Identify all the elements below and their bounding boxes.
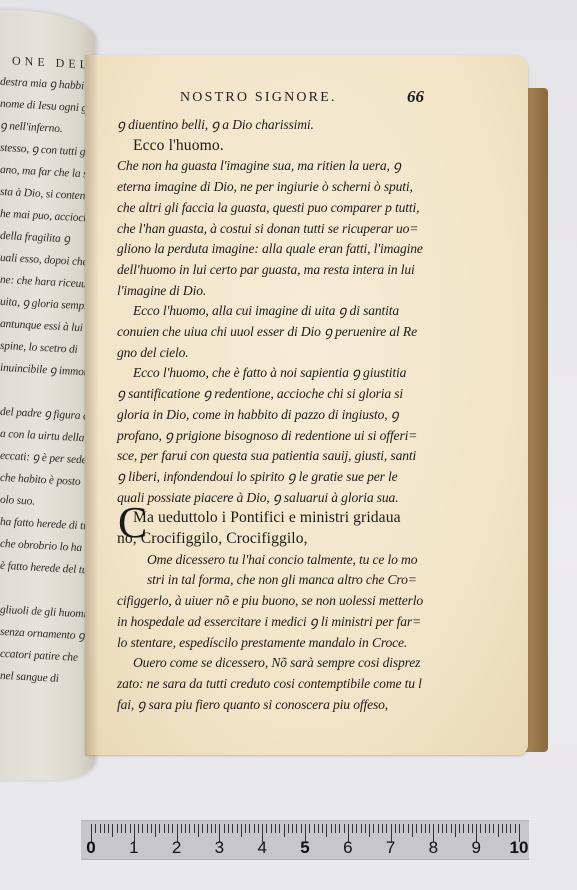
- ruler-tick: [292, 824, 293, 833]
- ruler-tick: [510, 824, 511, 833]
- drop-cap-initial: C: [118, 503, 147, 543]
- ruler-tick: [356, 824, 357, 833]
- ruler-label: 6: [343, 838, 352, 858]
- text-line: Ecco l'huomo, che è fatto à noi sapienti…: [117, 363, 442, 384]
- text-line: l'imagine di Dio.: [117, 281, 442, 302]
- ruler-tick: [271, 824, 272, 833]
- ruler-tick: [155, 824, 156, 837]
- ruler-tick: [159, 824, 160, 833]
- text-line: dell'huomo in lui certo par guasta, ma r…: [117, 260, 442, 281]
- gutter-shadow: [85, 55, 99, 755]
- ruler-tick: [164, 824, 165, 833]
- ruler-tick: [442, 824, 443, 833]
- ruler-tick: [266, 824, 267, 833]
- ruler-tick: [339, 824, 340, 833]
- text-line: gliono la perduta imagine: alla quale er…: [117, 239, 442, 260]
- text-line: Che non ha guasta l'imagine sua, ma riti…: [117, 156, 442, 177]
- ruler-tick: [399, 824, 400, 833]
- ruler-tick: [489, 824, 490, 833]
- text-line: ꝯ santificatione ꝯ redentione, accioche …: [117, 384, 442, 405]
- text-line: ꝯ liberi, infondendoui lo spirito ꝯ le g…: [117, 467, 442, 488]
- ruler-tick: [254, 824, 255, 833]
- measurement-ruler: 012345678910: [81, 820, 529, 860]
- text-line: cifiggerlo, à uiuer nõ e piu buono, se n…: [117, 591, 442, 612]
- ruler-tick: [142, 824, 143, 833]
- ruler-tick: [284, 824, 285, 837]
- text-line: gno del cielo.: [117, 343, 442, 364]
- ruler-tick: [207, 824, 208, 833]
- ruler-tick: [215, 824, 216, 833]
- ruler-tick: [451, 824, 452, 833]
- ruler-tick: [386, 824, 387, 833]
- ruler-tick: [279, 824, 280, 833]
- ruler-tick: [352, 824, 353, 833]
- ruler-tick: [335, 824, 336, 833]
- text-line: zato: ne sara da tutti creduto cosi cont…: [117, 674, 442, 695]
- ruler-tick: [241, 824, 242, 837]
- ruler-label: 3: [215, 838, 224, 858]
- ruler-tick: [480, 824, 481, 833]
- ruler-tick: [198, 824, 199, 837]
- ruler-tick: [138, 824, 139, 833]
- ruler-tick: [228, 824, 229, 833]
- text-line: Ecco l'huomo, alla cui imagine di uita ꝯ…: [117, 301, 442, 322]
- ruler-tick: [112, 824, 113, 837]
- text-line: Ecco l'huomo.: [117, 136, 442, 157]
- ruler-tick: [314, 824, 315, 833]
- ruler-label: 5: [300, 838, 309, 858]
- ruler-tick: [416, 824, 417, 833]
- ruler-tick: [425, 824, 426, 833]
- ruler-tick: [493, 824, 494, 833]
- ruler-tick: [95, 824, 96, 833]
- ruler-label: 4: [257, 838, 266, 858]
- text-line: Ome dicessero tu l'hai concio talmente, …: [117, 550, 442, 571]
- ruler-tick: [502, 824, 503, 833]
- ruler-label: 7: [386, 838, 395, 858]
- ruler-tick: [211, 824, 212, 833]
- ruler-tick: [194, 824, 195, 833]
- ruler-tick: [168, 824, 169, 833]
- ruler-tick: [318, 824, 319, 833]
- ruler-tick: [412, 824, 413, 837]
- ruler-tick: [130, 824, 131, 833]
- ruler-tick: [322, 824, 323, 833]
- text-line: Ouero come se dicessero, Nõ sarà sempre …: [117, 653, 442, 674]
- text-line: no, Crocifiggilo, Crocifiggilo,: [117, 529, 442, 550]
- ruler-label: 8: [429, 838, 438, 858]
- ruler-tick: [151, 824, 152, 833]
- ruler-tick: [288, 824, 289, 833]
- ruler-tick: [395, 824, 396, 833]
- text-line: eterna imagine di Dio, ne per ingiurie ò…: [117, 177, 442, 198]
- text-line: lo stentare, espedíscilo prestamente man…: [117, 633, 442, 654]
- ruler-tick: [498, 824, 499, 837]
- ruler-tick: [429, 824, 430, 833]
- ruler-tick: [361, 824, 362, 833]
- page-body-text: ꝯ diuentino belli, ꝯ a Dio charissimi.Ec…: [117, 115, 442, 715]
- ruler-tick: [185, 824, 186, 833]
- ruler-tick: [468, 824, 469, 833]
- ruler-label: 1: [129, 838, 138, 858]
- ruler-tick: [515, 824, 516, 833]
- ruler-tick: [108, 824, 109, 833]
- ruler-tick: [181, 824, 182, 833]
- ruler-label: 10: [510, 838, 529, 858]
- ruler-tick: [485, 824, 486, 833]
- text-line: nel sangue di: [0, 665, 95, 693]
- text-line: in hospedale ad essercitare i medici ꝯ l…: [117, 612, 442, 633]
- left-page: ONE DELdestra mia ꝯ habbi nomenome di Ie…: [0, 10, 95, 780]
- ruler-tick: [296, 824, 297, 833]
- text-line: stri in tal forma, che non gli manca alt…: [117, 570, 442, 591]
- ruler-tick: [100, 824, 101, 833]
- ruler-tick: [344, 824, 345, 833]
- ruler-tick: [104, 824, 105, 833]
- text-line: profano, ꝯ prigione bisognoso di redenti…: [117, 426, 442, 447]
- text-line: sce, per farui con questa sua patientia …: [117, 446, 442, 467]
- ruler-tick: [224, 824, 225, 833]
- ruler-tick: [172, 824, 173, 833]
- text-line: conuien che uiua chi uuol esser di Dio ꝯ…: [117, 322, 442, 343]
- ruler-tick: [455, 824, 456, 837]
- running-head: NOSTRO SIGNORE.: [180, 90, 337, 106]
- ruler-tick: [438, 824, 439, 833]
- ruler-tick: [237, 824, 238, 833]
- ruler-tick: [365, 824, 366, 833]
- ruler-tick: [301, 824, 302, 833]
- ruler-tick: [378, 824, 379, 833]
- ruler-tick: [309, 824, 310, 833]
- ruler-tick: [249, 824, 250, 833]
- ruler-tick: [202, 824, 203, 833]
- ruler-tick: [331, 824, 332, 833]
- ruler-tick: [421, 824, 422, 833]
- ruler-tick: [373, 824, 374, 833]
- ruler-tick: [408, 824, 409, 833]
- ruler-tick: [258, 824, 259, 833]
- left-page-text: ONE DELdestra mia ꝯ habbi nomenome di Ie…: [0, 52, 95, 690]
- ruler-tick: [463, 824, 464, 833]
- text-line: gloria in Dio, come in habbito di pazzo …: [117, 405, 442, 426]
- ruler-labels: 012345678910: [81, 838, 529, 858]
- ruler-tick: [117, 824, 118, 833]
- ruler-tick: [245, 824, 246, 833]
- ruler-tick: [147, 824, 148, 833]
- text-line: fai, ꝯ sara piu fiero quanto si conoscer…: [117, 695, 442, 716]
- ruler-tick: [506, 824, 507, 833]
- text-line: Ma ueduttolo i Pontifici e ministri grid…: [117, 508, 442, 529]
- ruler-tick: [472, 824, 473, 833]
- ruler-tick: [121, 824, 122, 833]
- ruler-tick: [275, 824, 276, 833]
- text-line: che l'han guasta, à costui si donan tutt…: [117, 219, 442, 240]
- text-line: quali possiate piacere à Dio, ꝯ saluarui…: [117, 488, 442, 509]
- ruler-label: 9: [471, 838, 480, 858]
- text-line: ꝯ diuentino belli, ꝯ a Dio charissimi.: [117, 115, 442, 136]
- ruler-tick: [125, 824, 126, 833]
- text-line: che altri gli faccia la guasta, questi p…: [117, 198, 442, 219]
- ruler-tick: [459, 824, 460, 833]
- ruler-tick: [446, 824, 447, 833]
- ruler-tick: [189, 824, 190, 833]
- ruler-label: 0: [86, 838, 95, 858]
- ruler-tick: [403, 824, 404, 833]
- ruler-tick: [382, 824, 383, 833]
- ruler-label: 2: [172, 838, 181, 858]
- ruler-tick: [369, 824, 370, 837]
- ruler-tick: [232, 824, 233, 833]
- page-number: 66: [407, 87, 424, 107]
- ruler-tick: [326, 824, 327, 837]
